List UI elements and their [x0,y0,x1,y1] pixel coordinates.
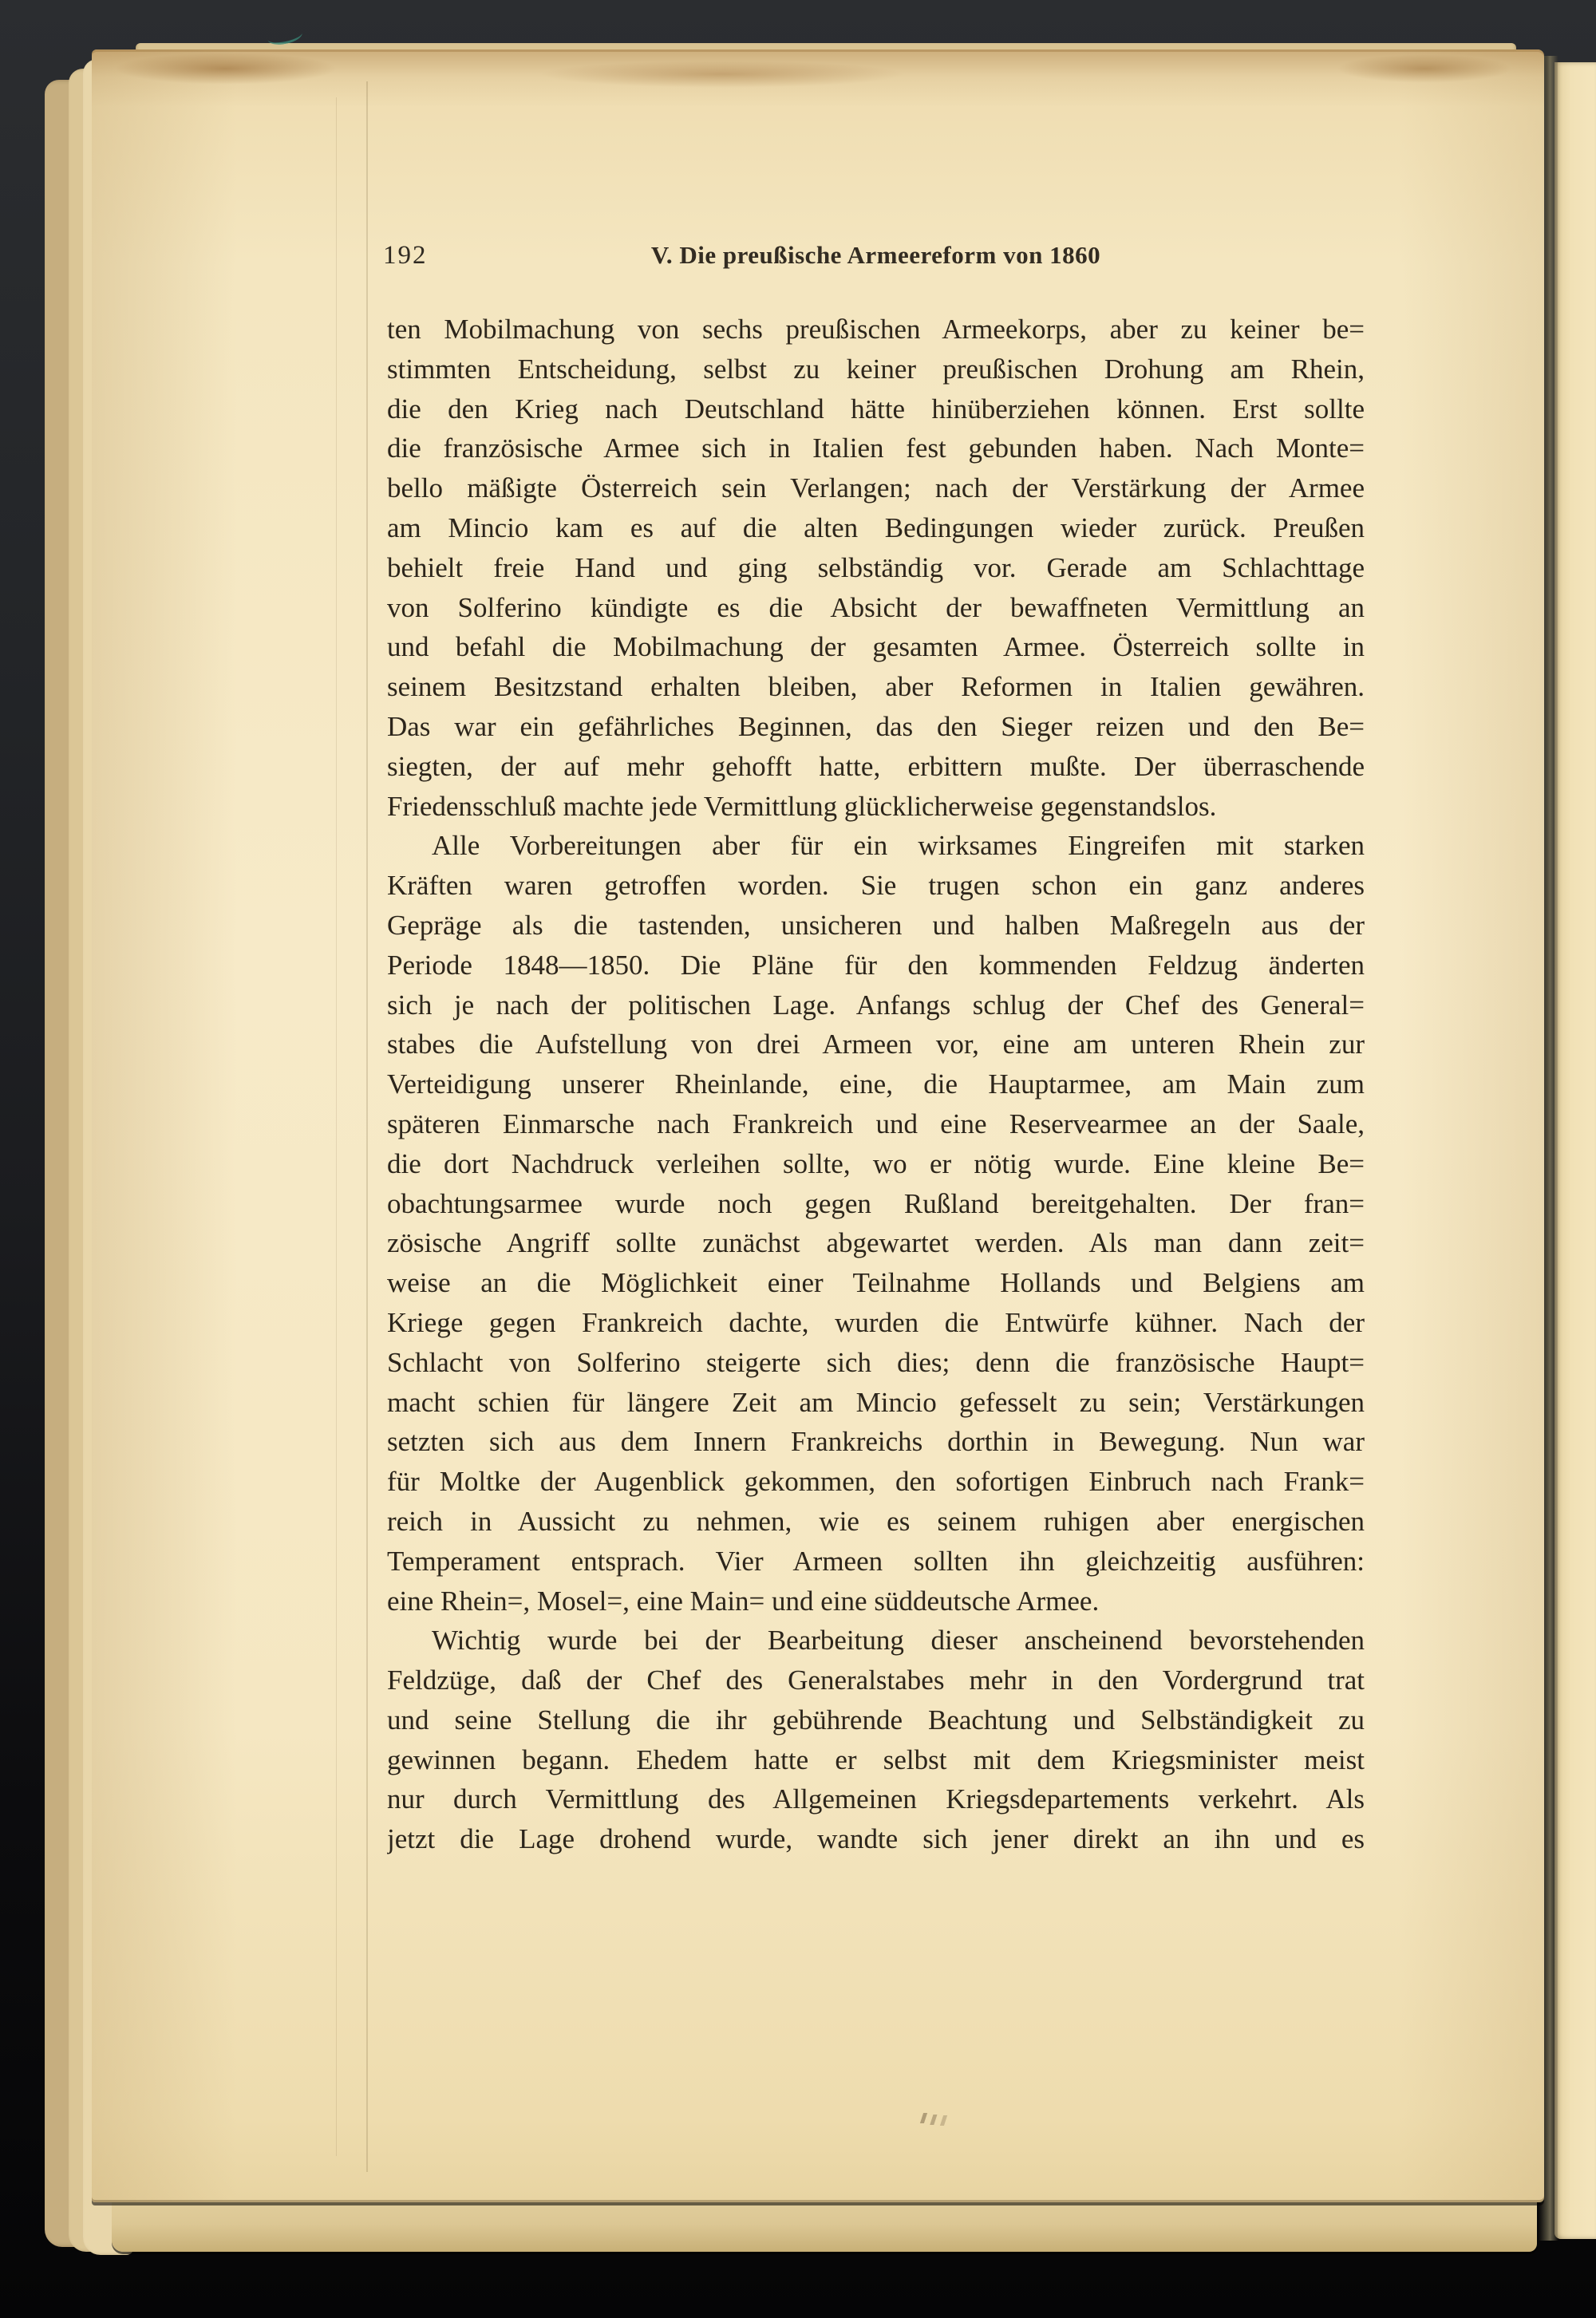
text-line: Friedensschluß machte jede Vermittlung g… [387,787,1365,827]
text-line: setzten sich aus dem Innern Frankreichs … [387,1422,1365,1462]
text-line: die französische Armee sich in Italien f… [387,428,1365,468]
text-line: Kriege gegen Frankreich dachte, wurden d… [387,1303,1365,1343]
text-line: reich in Aussicht zu nehmen, wie es sein… [387,1502,1365,1542]
stain-blob [1337,54,1512,83]
text-line: und befahl die Mobilmachung der gesamten… [387,627,1365,667]
text-line: nur durch Vermittlung des Allgemeinen Kr… [387,1779,1365,1819]
text-line: Wichtig wurde bei der Bearbeitung dieser… [387,1621,1365,1661]
text-line: bello mäßigte Österreich sein Verlangen;… [387,468,1365,508]
paper-crease [336,97,337,2156]
text-line: Alle Vorbereitungen aber für ein wirksam… [387,826,1365,866]
text-line: für Moltke der Augenblick gekommen, den … [387,1462,1365,1502]
text-line: am Mincio kam es auf die alten Bedingung… [387,508,1365,548]
text-line: stimmten Entscheidung, selbst zu keiner … [387,349,1365,389]
adjacent-page-right [1555,62,1596,2239]
text-line: siegten, der auf mehr gehofft hatte, erb… [387,747,1365,787]
running-head: V. Die preußische Armeereform von 1860 [387,241,1365,270]
paper-crease [366,81,368,2172]
book-scan-scene: 192 V. Die preußische Armeereform von 18… [0,0,1596,2318]
text-line: macht schien für längere Zeit am Mincio … [387,1383,1365,1423]
text-line: und seine Stellung die ihr gebührende Be… [387,1700,1365,1740]
text-line: gewinnen begann. Ehedem hatte er selbst … [387,1740,1365,1780]
text-line: seinem Besitzstand erhalten bleiben, abe… [387,667,1365,707]
text-line: späteren Einmarsche nach Frankreich und … [387,1104,1365,1144]
stain-blob [114,53,338,85]
text-line: Periode 1848—1850. Die Pläne für den kom… [387,946,1365,985]
text-line: Verteidigung unserer Rheinlande, eine, d… [387,1064,1365,1104]
text-line: Das war ein gefährliches Beginnen, das d… [387,707,1365,747]
text-line: weise an die Möglichkeit einer Teilnahme… [387,1263,1365,1303]
text-line: Feldzüge, daß der Chef des Generalstabes… [387,1661,1365,1700]
text-line: Kräften waren getroffen worden. Sie trug… [387,866,1365,906]
text-line: Gepräge als die tastenden, unsicheren un… [387,906,1365,946]
text-line: die dort Nachdruck verleihen sollte, wo … [387,1144,1365,1184]
text-line: obachtungsarmee wurde noch gegen Rußland… [387,1184,1365,1224]
text-line: zösische Angriff sollte zunächst abgewar… [387,1223,1365,1263]
text-line: von Solferino kündigte es die Absicht de… [387,588,1365,628]
text-line: stabes die Aufstellung von drei Armeen v… [387,1025,1365,1064]
stain-blob [539,61,906,88]
text-line: eine Rhein=, Mosel=, eine Main= und eine… [387,1582,1365,1621]
text-line: sich je nach der politischen Lage. Anfan… [387,985,1365,1025]
text-line: jetzt die Lage drohend wurde, wandte sic… [387,1819,1365,1859]
body-text-block: ten Mobilmachung von sechs preußischen A… [387,310,1365,1859]
text-line: Temperament entsprach. Vier Armeen sollt… [387,1542,1365,1582]
text-line: Schlacht von Solferino steigerte sich di… [387,1343,1365,1383]
text-line: behielt freie Hand und ging selbständig … [387,548,1365,588]
text-line: die den Krieg nach Deutschland hätte hin… [387,389,1365,429]
smudge-mark [920,2113,927,2123]
text-line: ten Mobilmachung von sechs preußischen A… [387,310,1365,349]
book-page: 192 V. Die preußische Armeereform von 18… [92,49,1544,2202]
